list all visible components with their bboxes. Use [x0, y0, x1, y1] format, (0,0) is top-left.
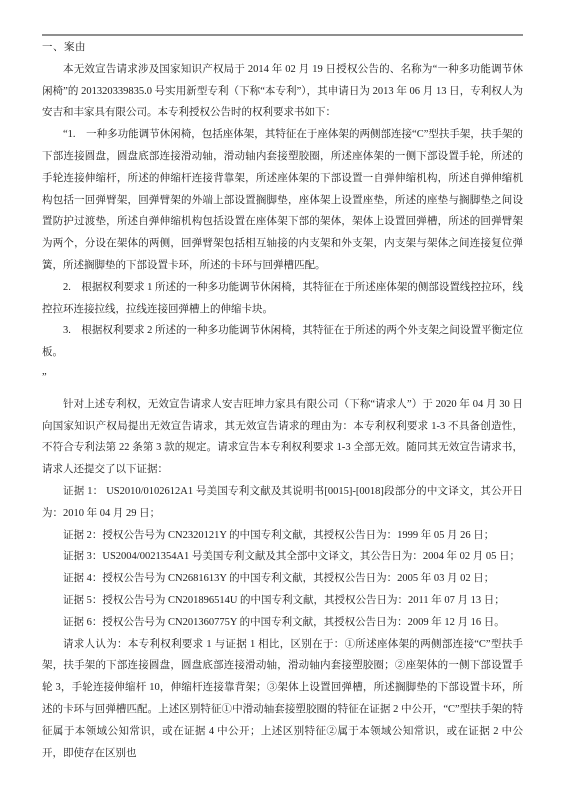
- paragraph-case-intro: 本无效宣告请求涉及国家知识产权局于 2014 年 02 月 19 日授权公告的、…: [42, 59, 523, 124]
- evidence-item-2: 证据 2：授权公告号为 CN2320121Y 的中国专利文献，其授权公告日为：1…: [42, 525, 523, 547]
- evidence-item-1: 证据 1： US2010/0102612A1 号美国专利文献及其说明书[0015…: [42, 481, 523, 525]
- header-divider: [42, 34, 523, 36]
- document-page: 一、案由 本无效宣告请求涉及国家知识产权局于 2014 年 02 月 19 日授…: [0, 0, 565, 800]
- paragraph-invalidation-request: 针对上述专利权，无效宣告请求人安吉旺坤力家具有限公司（下称“请求人”）于 202…: [42, 394, 523, 481]
- paragraph-claim-3: 3. 根据权利要求 2 所述的一种多功能调节休闲椅，其特征在于所述的两个外支架之…: [42, 320, 523, 364]
- closing-quote: ”: [42, 367, 523, 389]
- section-heading: 一、案由: [42, 37, 523, 59]
- evidence-item-5: 证据 5：授权公告号为 CN201896514U 的中国专利文献，其授权公告日为…: [42, 590, 523, 612]
- evidence-item-6: 证据 6：授权公告号为 CN201360775Y 的中国专利文献，其授权公告日为…: [42, 612, 523, 634]
- evidence-item-3: 证据 3：US2004/0021354A1 号美国专利文献及其全部中文译文，其公…: [42, 546, 523, 568]
- evidence-item-4: 证据 4：授权公告号为 CN2681613Y 的中国专利文献，其授权公告日为：2…: [42, 568, 523, 590]
- paragraph-claim-2: 2. 根据权利要求 1 所述的一种多功能调节休闲椅，其特征在于所述座体架的侧部设…: [42, 277, 523, 321]
- paragraph-claim-1: “1. 一种多功能调节休闲椅，包括座体架，其特征在于座体架的两侧部连接“C”型扶…: [42, 124, 523, 277]
- paragraph-petitioner-argument: 请求人认为：本专利权利要求 1 与证据 1 相比，区别在于：①所述座体架的两侧部…: [42, 634, 523, 765]
- document-content: 一、案由 本无效宣告请求涉及国家知识产权局于 2014 年 02 月 19 日授…: [42, 34, 523, 764]
